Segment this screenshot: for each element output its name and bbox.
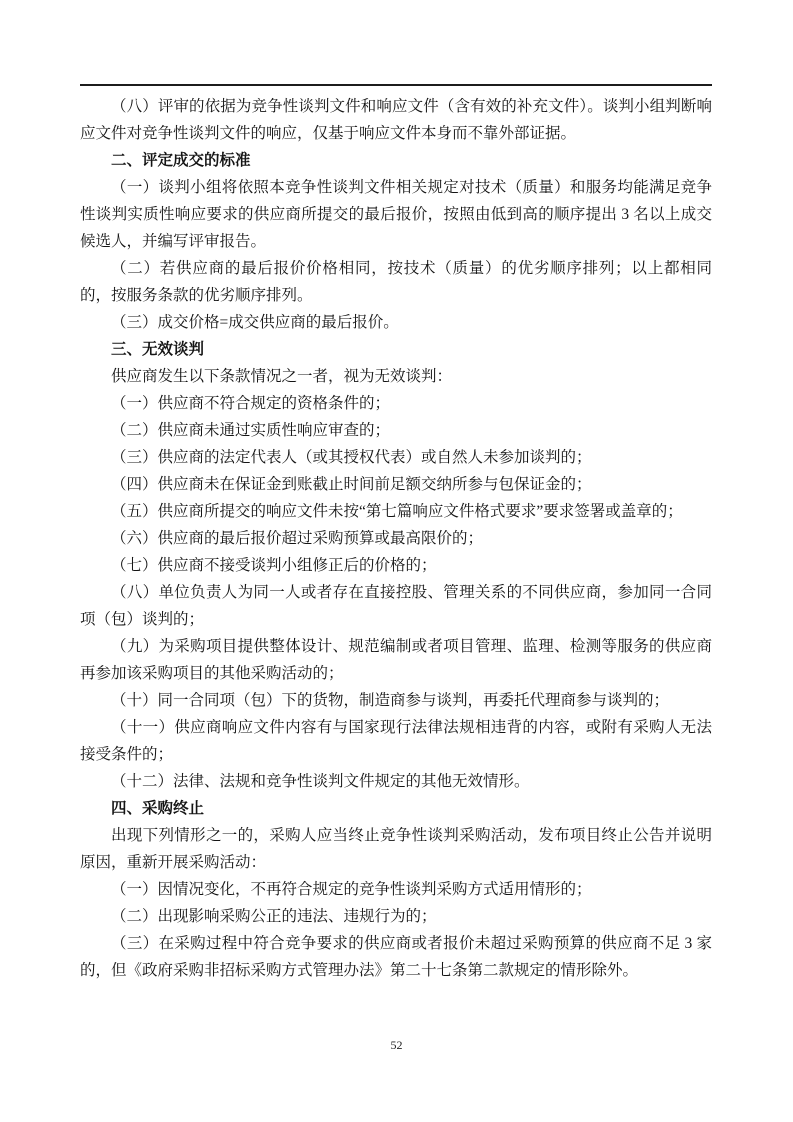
paragraph: （八）评审的依据为竞争性谈判文件和响应文件（含有效的补充文件）。谈判小组判断响应… xyxy=(80,93,712,147)
list-item: （二）出现影响采购公正的违法、违规行为的； xyxy=(80,903,712,930)
list-item: （一）供应商不符合规定的资格条件的； xyxy=(80,390,712,417)
section-heading-3: 三、无效谈判 xyxy=(80,336,712,363)
list-item: （九）为采购项目提供整体设计、规范编制或者项目管理、监理、检测等服务的供应商再参… xyxy=(80,633,712,687)
list-item: （八）单位负责人为同一人或者存在直接控股、管理关系的不同供应商，参加同一合同项（… xyxy=(80,579,712,633)
paragraph: （一）谈判小组将依照本竞争性谈判文件相关规定对技术（质量）和服务均能满足竞争性谈… xyxy=(80,174,712,255)
list-item: （十二）法律、法规和竞争性谈判文件规定的其他无效情形。 xyxy=(80,768,712,795)
header-rule xyxy=(80,84,712,86)
document-page: （八）评审的依据为竞争性谈判文件和响应文件（含有效的补充文件）。谈判小组判断响应… xyxy=(0,0,793,1122)
list-item: （三）在采购过程中符合竞争要求的供应商或者报价未超过采购预算的供应商不足 3 家… xyxy=(80,930,712,984)
section-heading-4: 四、采购终止 xyxy=(80,795,712,822)
paragraph: 出现下列情形之一的，采购人应当终止竞争性谈判采购活动，发布项目终止公告并说明原因… xyxy=(80,822,712,876)
paragraph: （三）成交价格=成交供应商的最后报价。 xyxy=(80,309,712,336)
list-item: （五）供应商所提交的响应文件未按“第七篇响应文件格式要求”要求签署或盖章的； xyxy=(80,498,712,525)
list-item: （六）供应商的最后报价超过采购预算或最高限价的； xyxy=(80,525,712,552)
list-item: （四）供应商未在保证金到账截止时间前足额交纳所参与包保证金的； xyxy=(80,471,712,498)
list-item: （一）因情况变化，不再符合规定的竞争性谈判采购方式适用情形的； xyxy=(80,876,712,903)
list-item: （十）同一合同项（包）下的货物，制造商参与谈判，再委托代理商参与谈判的； xyxy=(80,687,712,714)
paragraph: 供应商发生以下条款情况之一者，视为无效谈判： xyxy=(80,363,712,390)
list-item: （七）供应商不接受谈判小组修正后的价格的； xyxy=(80,552,712,579)
paragraph: （二）若供应商的最后报价价格相同，按技术（质量）的优劣顺序排列；以上都相同的，按… xyxy=(80,255,712,309)
section-heading-2: 二、评定成交的标准 xyxy=(80,147,712,174)
page-number: 52 xyxy=(0,1038,793,1053)
list-item: （十一）供应商响应文件内容有与国家现行法律法规相违背的内容，或附有采购人无法接受… xyxy=(80,714,712,768)
list-item: （三）供应商的法定代表人（或其授权代表）或自然人未参加谈判的； xyxy=(80,444,712,471)
list-item: （二）供应商未通过实质性响应审查的； xyxy=(80,417,712,444)
document-body: （八）评审的依据为竞争性谈判文件和响应文件（含有效的补充文件）。谈判小组判断响应… xyxy=(80,93,712,984)
